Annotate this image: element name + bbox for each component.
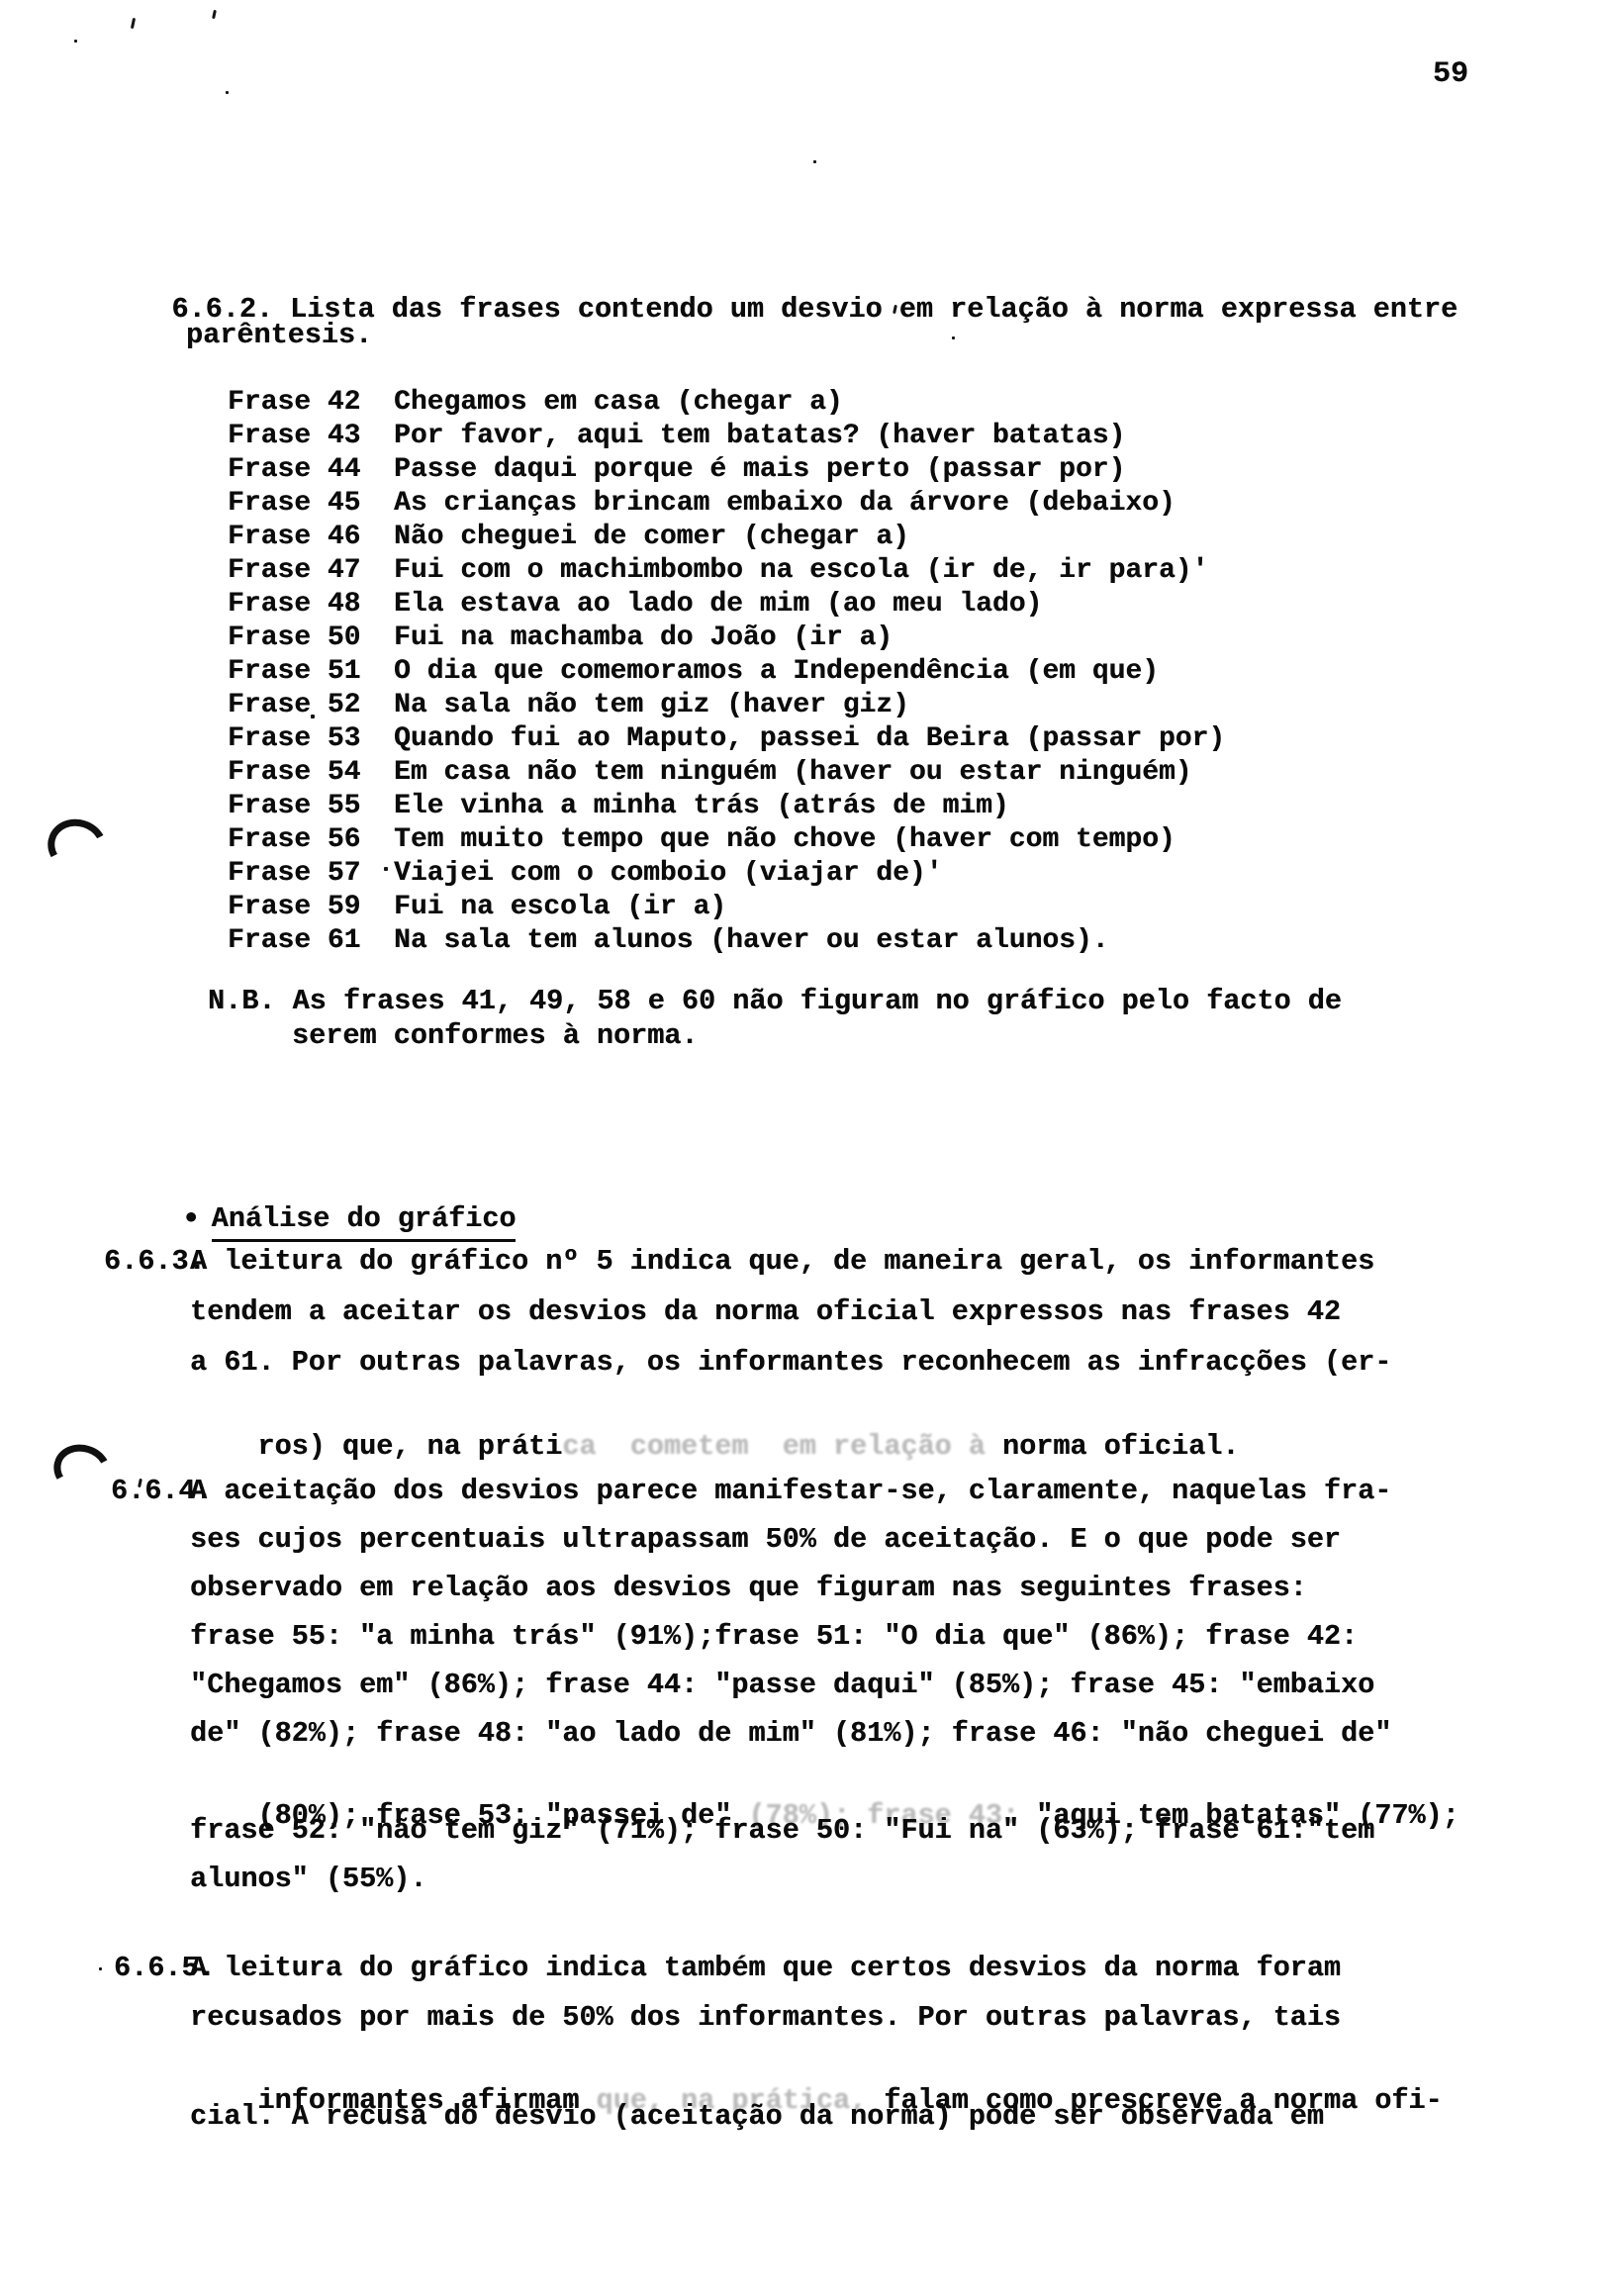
faded-segment: ca cometem em relação à (562, 1430, 986, 1463)
pen-mark-arc (47, 1437, 118, 1501)
paragraph-line: A leitura do gráfico indica também que c… (190, 1952, 1341, 1985)
paragraph-line: frase 52: "não tem giz" (71%); frase 50:… (190, 1814, 1374, 1848)
bullet-icon: ● (184, 1201, 197, 1235)
ink-speck (99, 1967, 102, 1970)
section-6-6-2-heading-cont: parêntesis. (186, 319, 372, 352)
ink-speck (813, 160, 816, 163)
frase-list-item: Frase 52 Na sala não tem giz (haver giz) (228, 689, 1225, 722)
paragraph-line: ses cujos percentuais ultrapassam 50% de… (190, 1523, 1341, 1557)
section-heading-text: Lista das frases contendo um desvio em r… (290, 293, 1458, 326)
paragraph-segment: norma oficial. (986, 1430, 1240, 1463)
paragraph-segment: ros) que, na práti (257, 1430, 562, 1463)
frase-list-item: Frase 43 Por favor, aqui tem batatas? (h… (228, 420, 1225, 453)
paragraph-line: cial. A recusa do desvio (aceitação da n… (190, 2100, 1324, 2134)
page-number: 59 (1433, 57, 1468, 91)
frase-list-item: Frase 50 Fui na machamba do João (ir a) (228, 622, 1225, 655)
ink-speck (131, 18, 136, 29)
paragraph-line: observado em relação aos desvios que fig… (190, 1572, 1307, 1605)
frase-list-item: Frase 44 Passe daqui porque é mais perto… (228, 453, 1225, 487)
pen-mark-arc (41, 812, 114, 881)
nb-note-line1: N.B. As frases 41, 49, 58 e 60 não figur… (208, 985, 1342, 1018)
paragraph-line: frase 55: "a minha trás" (91%);frase 51:… (190, 1620, 1358, 1654)
frase-list-item: Frase 55 Ele vinha a minha trás (atrás d… (228, 790, 1225, 823)
paragraph-line: alunos" (55%). (190, 1863, 426, 1896)
scanned-document-page: 59 6.6.2.Lista das frases contendo um de… (0, 0, 1599, 2296)
frase-list-item: Frase 59 Fui na escola (ir a) (228, 891, 1225, 924)
paragraph-line: A leitura do gráfico nº 5 indica que, de… (190, 1245, 1374, 1279)
frase-list-item: Frase 46 Não cheguei de comer (chegar a) (228, 521, 1225, 554)
paragraph-line: "Chegamos em" (86%); frase 44: "passe da… (190, 1669, 1374, 1702)
paragraph-line: tendem a aceitar os desvios da norma ofi… (190, 1295, 1341, 1329)
frase-list-item: Frase 47 Fui com o machimbombo na escola… (228, 554, 1225, 588)
frase-list-item: Frase 61 Na sala tem alunos (haver ou es… (228, 924, 1225, 958)
ink-speck (226, 91, 229, 94)
frase-list-item: Frase 53 Quando fui ao Maputo, passei da… (228, 722, 1225, 756)
ink-speck (212, 10, 217, 19)
nb-note-line2: serem conformes à norma. (292, 1019, 698, 1053)
frase-list-item: Frase 54 Em casa não tem ninguém (haver … (228, 756, 1225, 790)
frase-list: Frase 42 Chegamos em casa (chegar a) Fra… (228, 386, 1225, 958)
frase-list-item: Frase 42 Chegamos em casa (chegar a) (228, 386, 1225, 420)
frase-list-item: Frase 48 Ela estava ao lado de mim (ao m… (228, 588, 1225, 622)
paragraph-line: a 61. Por outras palavras, os informante… (190, 1346, 1391, 1380)
analise-heading-text: Análise do gráfico (212, 1202, 517, 1242)
frase-list-item: Frase 56 Tem muito tempo que não chove (… (228, 823, 1225, 857)
paragraph-line: de" (82%); frase 48: "ao lado de mim" (8… (190, 1717, 1391, 1751)
paragraph-line: recusados por mais de 50% dos informante… (190, 2001, 1341, 2035)
frase-list-item: Frase 45 As crianças brincam embaixo da … (228, 487, 1225, 521)
frase-list-item: Frase 51 O dia que comemoramos a Indepen… (228, 655, 1225, 689)
frase-list-item: Frase 57 Viajei com o comboio (viajar de… (228, 857, 1225, 891)
paragraph-line: A aceitação dos desvios parece manifesta… (190, 1475, 1391, 1508)
ink-speck (74, 40, 77, 43)
